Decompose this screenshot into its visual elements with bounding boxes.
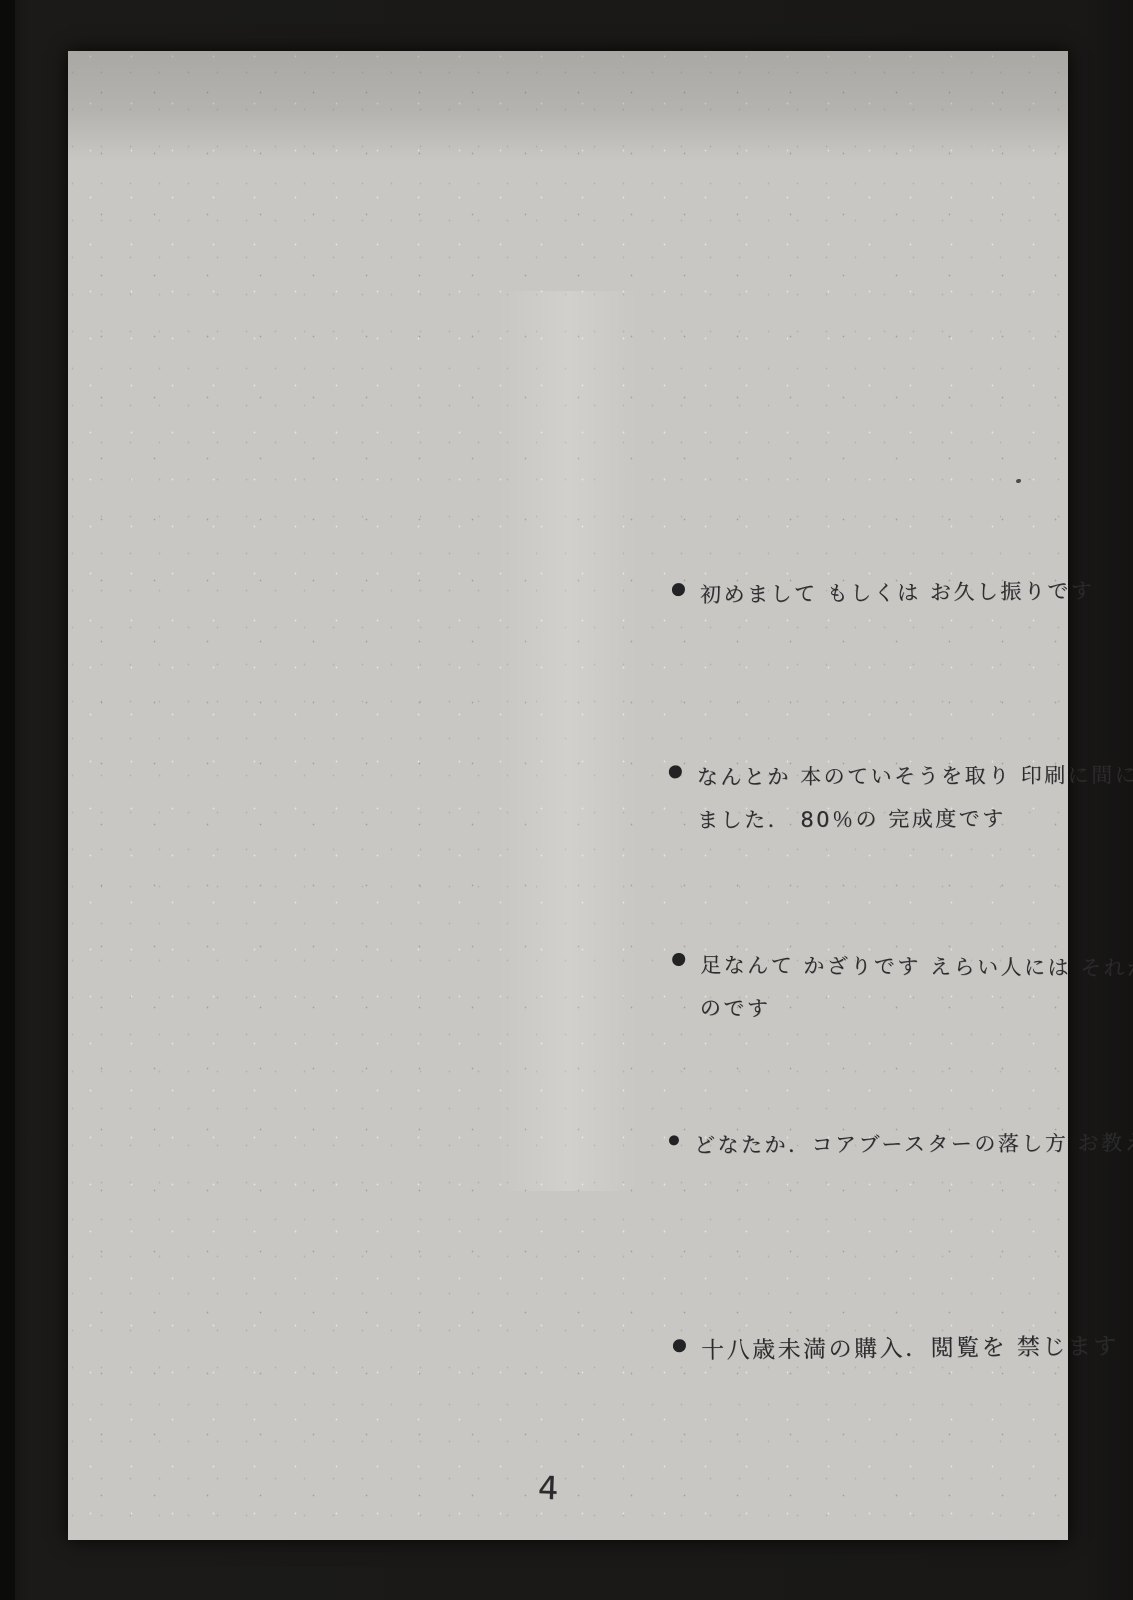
scanner-background: 初めまして もしくは お久し振りです なんとか 本のていそうを取り 印刷に間に合…: [0, 0, 1133, 1600]
bullet-icon: [672, 583, 685, 596]
paper-top-shadow: [68, 51, 1068, 161]
note-line: なんとか 本のていそうを取り 印刷に間に合わせ: [697, 754, 1133, 800]
note-line: ました． 80％の 完成度です: [697, 797, 1133, 843]
scan-light-streak: [498, 291, 638, 1191]
page-number: 4: [537, 1469, 559, 1508]
handwritten-note: なんとか 本のていそうを取り 印刷に間に合わせ ました． 80％の 完成度です: [669, 754, 1133, 843]
note-line: 足なんて かざりです えらい人には それが わからん: [700, 944, 1133, 991]
bullet-icon: [673, 1339, 686, 1352]
bullet-icon: [669, 1135, 679, 1145]
note-line: 初めまして もしくは お久し振りです: [700, 570, 1095, 617]
note-line: 十八歳未満の購入．閲覧を 禁じます: [701, 1326, 1119, 1373]
handwritten-note: 十八歳未満の購入．閲覧を 禁じます: [673, 1326, 1119, 1374]
handwritten-note: 初めまして もしくは お久し振りです: [672, 570, 1095, 617]
scan-edge-shadow: [0, 0, 15, 1600]
ink-speck: [1016, 479, 1021, 483]
bullet-icon: [669, 765, 682, 778]
note-line: のです: [700, 987, 1133, 1034]
note-line: どなたか．コアブースターの落し方 お教え下さい: [694, 1122, 1133, 1168]
scanned-page: 初めまして もしくは お久し振りです なんとか 本のていそうを取り 印刷に間に合…: [68, 51, 1068, 1540]
handwritten-note: 足なんて かざりです えらい人には それが わからん のです: [672, 944, 1133, 1034]
bullet-icon: [672, 953, 685, 966]
handwritten-note: どなたか．コアブースターの落し方 お教え下さい: [669, 1122, 1133, 1168]
